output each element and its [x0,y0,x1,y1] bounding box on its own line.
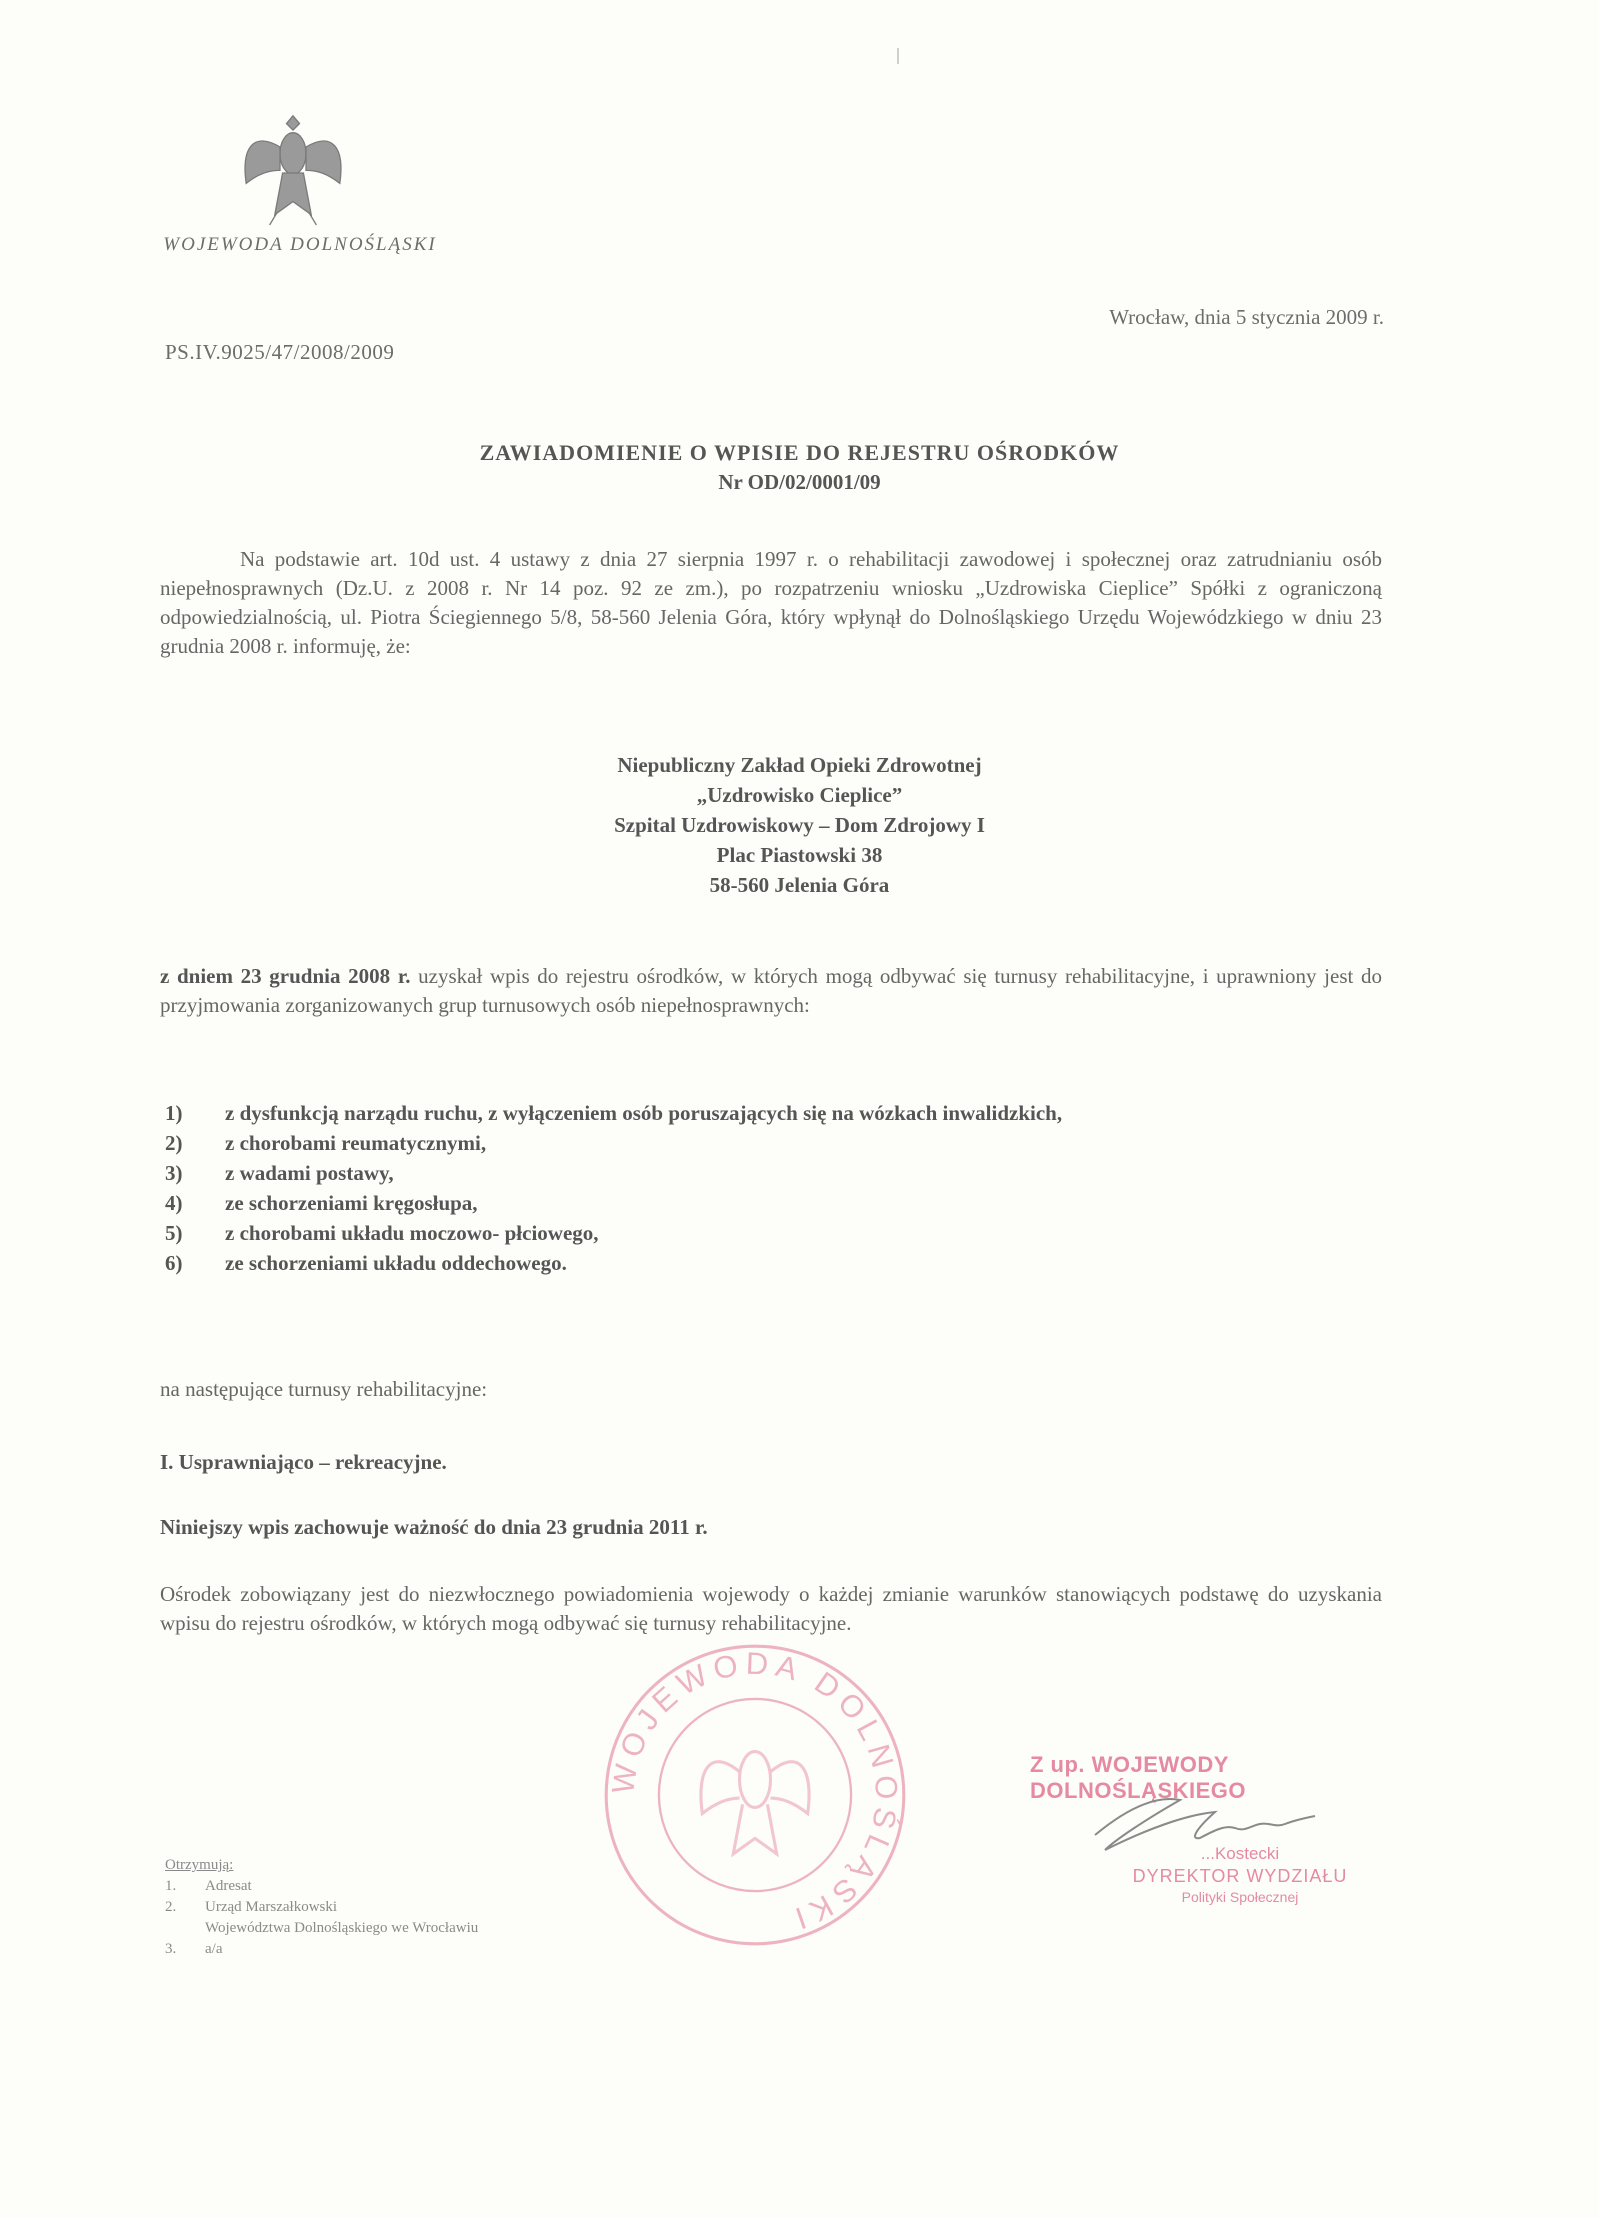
recipient-item-continued: Województwa Dolnośląskiego we Wrocławiu [165,1918,478,1939]
list-item-text: z chorobami układu moczowo- płciowego, [225,1218,1265,1248]
eagle-crest-icon [228,108,358,238]
facility-line: Szpital Uzdrowiskowy – Dom Zdrojowy I [0,810,1599,840]
turnus-intro: na następujące turnusy rehabilitacyjne: [160,1375,1382,1404]
facility-address: Niepubliczny Zakład Opieki Zdrowotnej „U… [0,750,1599,900]
list-item: 6)ze schorzeniami układu oddechowego. [165,1248,1265,1278]
turnus-type: I. Usprawniająco – rekreacyjne. [160,1450,447,1475]
list-item: 4)ze schorzeniami kręgosłupa, [165,1188,1265,1218]
list-item: 3)z wadami postawy, [165,1158,1265,1188]
facility-line: „Uzdrowisko Cieplice” [0,780,1599,810]
stamp-role: DYREKTOR WYDZIAŁU [1030,1866,1450,1887]
recipient-text: Województwa Dolnośląskiego we Wrocławiu [205,1918,478,1939]
recipients-list: Otrzymują: 1.Adresat 2.Urząd Marszałkows… [165,1855,478,1960]
date-line: Wrocław, dnia 5 stycznia 2009 r. [1109,305,1384,330]
recipient-number: 2. [165,1897,205,1918]
disability-groups-list: 1)z dysfunkcją narządu ruchu, z wyłączen… [165,1098,1265,1278]
list-item: 2)z chorobami reumatycznymi, [165,1128,1265,1158]
handwritten-signature-icon [1085,1790,1345,1860]
official-seal-icon: WOJEWODA DOLNOŚLĄSKI [600,1640,910,1950]
facility-line: Niepubliczny Zakład Opieki Zdrowotnej [0,750,1599,780]
obligation-paragraph: Ośrodek zobowiązany jest do niezwłoczneg… [160,1580,1382,1638]
facility-line: 58-560 Jelenia Góra [0,870,1599,900]
scan-mark [897,48,899,64]
list-item-text: ze schorzeniami kręgosłupa, [225,1188,1265,1218]
recipient-number: 1. [165,1876,205,1897]
seal-text: WOJEWODA DOLNOŚLĄSKI [605,1646,904,1938]
list-item-number: 5) [165,1218,225,1248]
registration-paragraph: z dniem 23 grudnia 2008 r. uzyskał wpis … [160,962,1382,1020]
issuer-name: WOJEWODA DOLNOŚLĄSKI [100,234,500,256]
facility-line: Plac Piastowski 38 [0,840,1599,870]
recipient-text: Urząd Marszałkowski [205,1897,337,1918]
list-item-number: 6) [165,1248,225,1278]
recipient-text: Adresat [205,1876,252,1897]
title-line-2: Nr OD/02/0001/09 [0,470,1599,495]
list-item-text: z chorobami reumatycznymi, [225,1128,1265,1158]
recipients-header: Otrzymują: [165,1855,478,1876]
list-item-text: ze schorzeniami układu oddechowego. [225,1248,1265,1278]
list-item-number: 1) [165,1098,225,1128]
list-item-text: z dysfunkcją narządu ruchu, z wyłączenie… [225,1098,1265,1128]
recipient-item: 3.a/a [165,1939,478,1960]
title-line-1: ZAWIADOMIENIE O WPISIE DO REJESTRU OŚROD… [0,440,1599,466]
reference-number: PS.IV.9025/47/2008/2009 [165,340,394,365]
recipient-item: 2.Urząd Marszałkowski [165,1897,478,1918]
recipient-number: 3. [165,1939,205,1960]
validity-statement: Niniejszy wpis zachowuje ważność do dnia… [160,1515,708,1540]
list-item: 5)z chorobami układu moczowo- płciowego, [165,1218,1265,1248]
recipient-item: 1.Adresat [165,1876,478,1897]
registration-date: z dniem 23 grudnia 2008 r. [160,964,410,988]
list-item-number: 3) [165,1158,225,1188]
svg-text:WOJEWODA DOLNOŚLĄSKI: WOJEWODA DOLNOŚLĄSKI [605,1646,904,1938]
stamp-department: Polityki Społecznej [1030,1889,1450,1905]
document-page: WOJEWODA DOLNOŚLĄSKI Wrocław, dnia 5 sty… [0,0,1599,2217]
list-item: 1)z dysfunkcją narządu ruchu, z wyłączen… [165,1098,1265,1128]
list-item-number: 2) [165,1128,225,1158]
list-item-text: z wadami postawy, [225,1158,1265,1188]
document-title: ZAWIADOMIENIE O WPISIE DO REJESTRU OŚROD… [0,440,1599,495]
recipient-text: a/a [205,1939,222,1960]
list-item-number: 4) [165,1188,225,1218]
intro-paragraph: Na podstawie art. 10d ust. 4 ustawy z dn… [160,545,1382,661]
